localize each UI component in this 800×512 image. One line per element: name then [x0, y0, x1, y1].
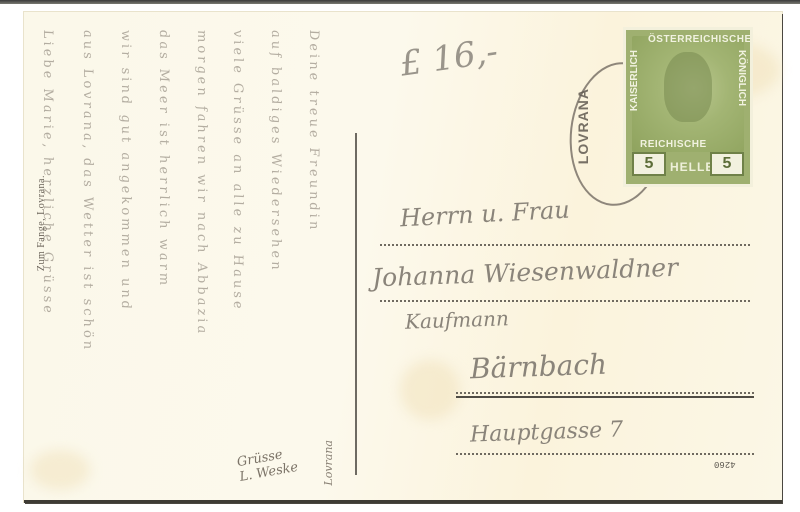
address-rule [456, 392, 754, 394]
paper-stain [400, 360, 460, 420]
scan-top-edge [0, 0, 800, 4]
stamp-value-right: 5 [710, 152, 744, 176]
address-rule [380, 300, 750, 302]
address-rule [456, 453, 754, 455]
margin-note: Lovrana [322, 440, 335, 486]
center-divider [355, 133, 357, 475]
postcard-bottom-edge [24, 500, 782, 503]
stamp-text-bottom: REICHISCHE [640, 139, 707, 150]
stamp-text-right: KÖNIGLICH [736, 50, 747, 106]
message-area: Liebe Marie, herzliche Grüsse aus Lovran… [30, 20, 350, 490]
message-line: Liebe Marie, herzliche Grüsse [40, 29, 55, 317]
address-line-5: Hauptgasse 7 [470, 417, 624, 447]
stamp-portrait-icon [664, 52, 712, 122]
postage-stamp: ÖSTERREICHISCHE KAISERLICH KÖNIGLICH REI… [626, 30, 750, 184]
message-line: morgen fahren wir nach Abbazia [194, 29, 209, 337]
stamp-text-top: ÖSTERREICHISCHE [648, 34, 750, 45]
address-line-4: Bärnbach [469, 348, 607, 386]
message-line: wir sind gut angekommen und [118, 29, 133, 313]
stamp-value-left: 5 [632, 152, 666, 176]
stamp-text-left: KAISERLICH [629, 50, 640, 111]
print-number: 4260 [714, 459, 736, 469]
message-line: viele Grüsse an alle zu Hause [230, 29, 245, 313]
message-line: das Meer ist herrlich warm [156, 29, 171, 289]
message-line: auf baldiges Wiedersehen [268, 29, 283, 274]
address-rule [380, 244, 750, 246]
message-line: Deine treue Freundin [306, 29, 321, 233]
printed-caption: Zum Fange, Lovrana. [36, 175, 47, 271]
address-line-3: Kaufmann [405, 306, 510, 334]
message-line: aus Lovrana, das Wetter ist schön [80, 29, 95, 353]
postmark-text: LOVRANA [575, 88, 591, 164]
address-underline [456, 396, 754, 398]
